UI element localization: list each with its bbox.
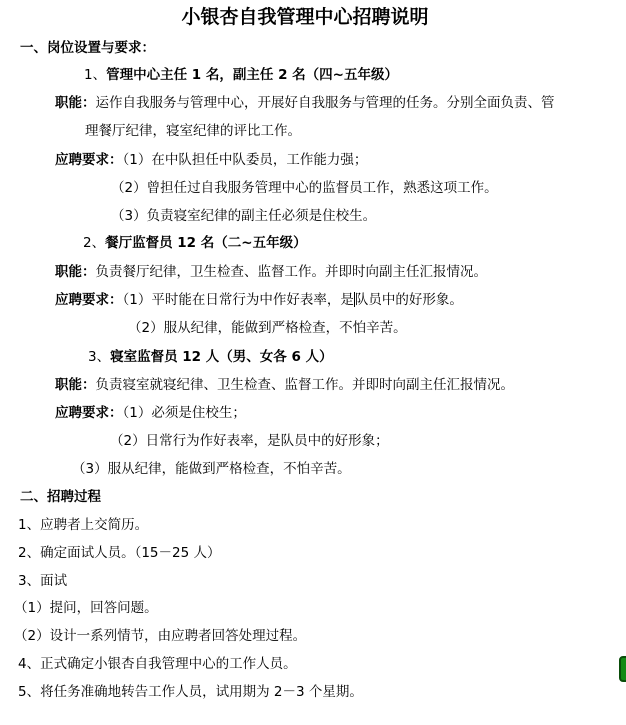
- document-line[interactable]: 3、面试: [18, 571, 67, 591]
- text: 3、面试: [18, 573, 67, 589]
- text: 运作自我服务与管理中心，开展好自我服务与管理的任务。分别全面负责、管: [96, 95, 555, 111]
- bold-text: 应聘要求：: [55, 292, 123, 308]
- document-line[interactable]: 应聘要求：（1）在中队担任中队委员，工作能力强；: [55, 150, 367, 170]
- text: 理餐厅纪律，寝室纪律的评比工作。: [85, 123, 301, 139]
- green-marker: [619, 656, 626, 682]
- text: 队员中的好形象。: [355, 292, 463, 308]
- document-line[interactable]: 职能：负责寝室就寝纪律、卫生检查、监督工作。并即时向副主任汇报情况。: [55, 375, 514, 395]
- document-line[interactable]: （3）服从纪律，能做到严格检查，不怕辛苦。: [72, 459, 351, 479]
- text: （3）服从纪律，能做到严格检查，不怕辛苦。: [72, 461, 351, 477]
- document-line[interactable]: 职能：运作自我服务与管理中心，开展好自我服务与管理的任务。分别全面负责、管: [55, 93, 555, 113]
- document-line[interactable]: 理餐厅纪律，寝室纪律的评比工作。: [85, 121, 301, 141]
- document-line[interactable]: 1、管理中心主任 1 名，副主任 2 名（四~五年级）: [84, 65, 398, 85]
- document-line[interactable]: 职能：负责餐厅纪律，卫生检查、监督工作。并即时向副主任汇报情况。: [55, 262, 487, 282]
- document-line[interactable]: 应聘要求：（1）平时能在日常行为中作好表率，是队员中的好形象。: [55, 290, 463, 310]
- text: 1、: [84, 67, 106, 83]
- text: （3）负责寝室纪律的副主任必须是住校生。: [111, 208, 376, 224]
- bold-text: 管理中心主任 1 名，副主任 2 名（四~五年级）: [106, 67, 398, 83]
- document-line[interactable]: 4、正式确定小银杏自我管理中心的工作人员。: [18, 654, 297, 674]
- document-line[interactable]: （2）日常行为作好表率，是队员中的好形象；: [110, 431, 389, 451]
- text: （2）设计一系列情节，由应聘者回答处理过程。: [14, 628, 306, 644]
- text: 1、应聘者上交简历。: [18, 517, 148, 533]
- text: （2）曾担任过自我服务管理中心的监督员工作，熟悉这项工作。: [111, 180, 498, 196]
- text: 3、: [88, 349, 110, 365]
- bold-text: 餐厅监督员 12 名（二~五年级）: [105, 235, 307, 251]
- bold-text: 一、岗位设置与要求：: [20, 40, 155, 56]
- document-line[interactable]: 2、确定面试人员。（15－25 人）: [18, 543, 221, 563]
- document-page[interactable]: 小银杏自我管理中心招聘说明 一、岗位设置与要求：1、管理中心主任 1 名，副主任…: [0, 0, 626, 725]
- document-line[interactable]: （2）服从纪律，能做到严格检查，不怕辛苦。: [128, 318, 407, 338]
- text: （2）服从纪律，能做到严格检查，不怕辛苦。: [128, 320, 407, 336]
- text: （2）日常行为作好表率，是队员中的好形象；: [110, 433, 389, 449]
- text: 4、正式确定小银杏自我管理中心的工作人员。: [18, 656, 297, 672]
- text: （1）在中队担任中队委员，工作能力强；: [123, 152, 368, 168]
- text: 2、: [83, 235, 105, 251]
- text: （1）必须是住校生；: [123, 405, 246, 421]
- document-line[interactable]: 3、寝室监督员 12 人（男、女各 6 人）: [88, 347, 333, 367]
- bold-text: 职能：: [55, 95, 96, 111]
- bold-text: 应聘要求：: [55, 405, 123, 421]
- text: 负责寝室就寝纪律、卫生检查、监督工作。并即时向副主任汇报情况。: [96, 377, 515, 393]
- text: （1）平时能在日常行为中作好表率，是: [123, 292, 354, 308]
- document-line[interactable]: 一、岗位设置与要求：: [20, 38, 155, 58]
- document-line[interactable]: （2）设计一系列情节，由应聘者回答处理过程。: [14, 626, 306, 646]
- bold-text: 职能：: [55, 264, 96, 280]
- bold-text: 寝室监督员 12 人（男、女各 6 人）: [110, 349, 332, 365]
- text: （1）提问，回答问题。: [14, 600, 158, 616]
- document-line[interactable]: （1）提问，回答问题。: [14, 598, 158, 618]
- document-line[interactable]: 应聘要求：（1）必须是住校生；: [55, 403, 246, 423]
- text: 负责餐厅纪律，卫生检查、监督工作。并即时向副主任汇报情况。: [96, 264, 488, 280]
- bold-text: 二、招聘过程: [20, 489, 101, 505]
- bold-text: 职能：: [55, 377, 96, 393]
- document-line[interactable]: （2）曾担任过自我服务管理中心的监督员工作，熟悉这项工作。: [111, 178, 498, 198]
- document-line[interactable]: 5、将任务准确地转告工作人员，试用期为 2－3 个星期。: [18, 682, 363, 702]
- document-line[interactable]: 2、餐厅监督员 12 名（二~五年级）: [83, 233, 307, 253]
- document-line[interactable]: （3）负责寝室纪律的副主任必须是住校生。: [111, 206, 376, 226]
- text: 5、将任务准确地转告工作人员，试用期为 2－3 个星期。: [18, 684, 363, 700]
- text: 2、确定面试人员。（15－25 人）: [18, 545, 221, 561]
- document-title: 小银杏自我管理中心招聘说明: [0, 4, 610, 30]
- document-line[interactable]: 二、招聘过程: [20, 487, 101, 507]
- bold-text: 应聘要求：: [55, 152, 123, 168]
- document-line[interactable]: 1、应聘者上交简历。: [18, 515, 148, 535]
